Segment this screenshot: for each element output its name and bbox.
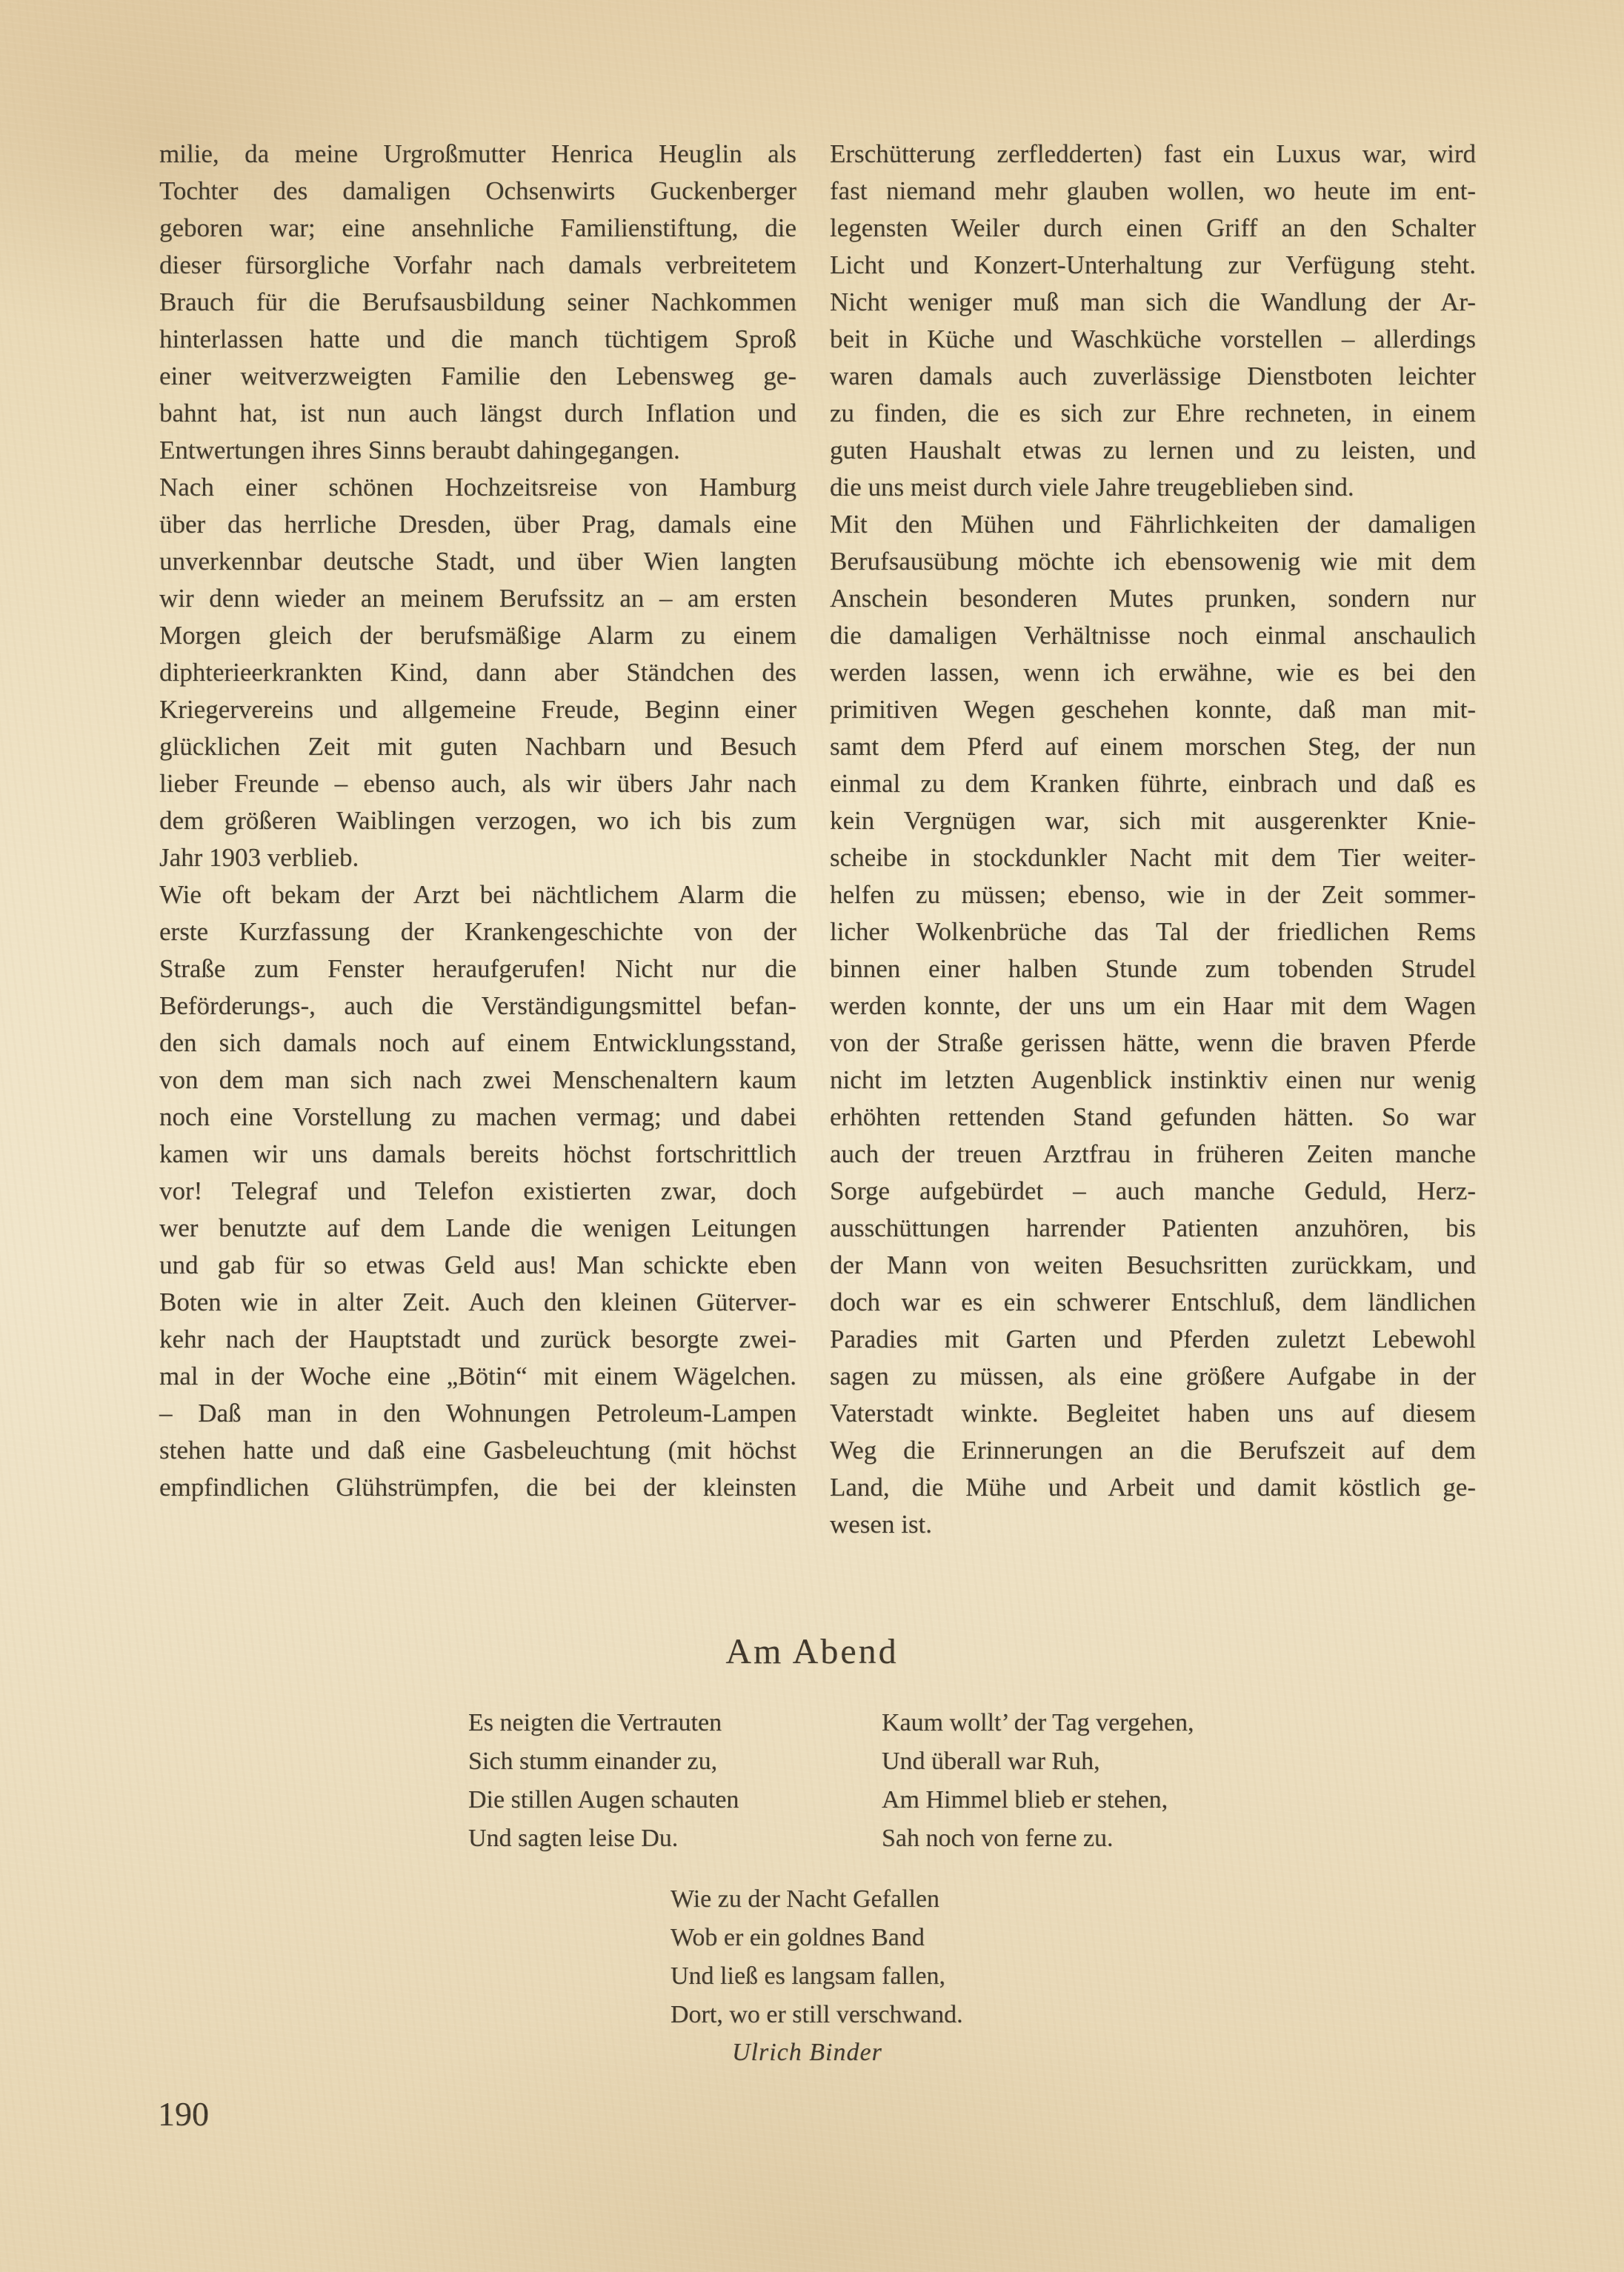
text-line: lieber Freunde – ebenso auch, als wir üb… (159, 765, 796, 802)
text-column-left: milie, da meine Urgroßmutter Henrica Heu… (159, 136, 796, 1506)
text-line: geboren war; eine ansehnliche Familienst… (159, 210, 796, 247)
text-line: zu finden, die es sich zur Ehre rechnete… (830, 395, 1476, 432)
text-line: Entwertungen ihres Sinns beraubt dahinge… (159, 432, 796, 469)
text-line: – Daß man in den Wohnungen Petroleum-Lam… (159, 1395, 796, 1432)
text-line: bahnt hat, ist nun auch längst durch Inf… (159, 395, 796, 432)
text-line: Straße zum Fenster heraufgerufen! Nicht … (159, 950, 796, 987)
text-line: sagen zu müssen, als eine größere Aufgab… (830, 1358, 1476, 1395)
text-line: Jahr 1903 verblieb. (159, 839, 796, 876)
text-line: Wie oft bekam der Arzt bei nächtlichem A… (159, 876, 796, 913)
poem-line: Und ließ es langsam fallen, (670, 1957, 963, 1996)
text-line: erste Kurzfassung der Krankengeschichte … (159, 913, 796, 950)
poem-line: Wob er ein goldnes Band (670, 1919, 963, 1957)
text-line: und gab für so etwas Geld aus! Man schic… (159, 1247, 796, 1284)
text-line: Erschütterung zerfledderten) fast ein Lu… (830, 136, 1476, 173)
text-line: Kriegervereins und allgemeine Freude, Be… (159, 691, 796, 728)
text-line: wir denn wieder an meinem Berufssitz an … (159, 580, 796, 617)
text-line: kamen wir uns damals bereits höchst fort… (159, 1136, 796, 1173)
text-line: Licht und Konzert-Unterhaltung zur Verfü… (830, 247, 1476, 284)
poem-stanza-center: Wie zu der Nacht GefallenWob er ein gold… (670, 1880, 963, 2034)
poem-author: Ulrich Binder (732, 2039, 882, 2067)
text-line: Sorge aufgebürdet – auch manche Geduld, … (830, 1173, 1476, 1210)
poem-line: Kaum wollt’ der Tag vergehen, (882, 1704, 1194, 1742)
text-line: Boten wie in alter Zeit. Auch den kleine… (159, 1284, 796, 1321)
poem-stanza-right: Kaum wollt’ der Tag vergehen,Und überall… (882, 1704, 1194, 1858)
text-line: über das herrliche Dresden, über Prag, d… (159, 506, 796, 543)
text-line: erhöhten rettenden Stand gefunden hätten… (830, 1099, 1476, 1136)
text-line: Berufsausübung möchte ich ebensowenig wi… (830, 543, 1476, 580)
text-line: von dem man sich nach zwei Menschenalter… (159, 1062, 796, 1099)
text-line: wesen ist. (830, 1506, 1476, 1543)
text-line: von der Straße gerissen hätte, wenn die … (830, 1025, 1476, 1062)
text-line: nicht im letzten Augenblick instinktiv e… (830, 1062, 1476, 1099)
text-line: samt dem Pferd auf einem morschen Steg, … (830, 728, 1476, 765)
text-line: glücklichen Zeit mit guten Nachbarn und … (159, 728, 796, 765)
text-line: dieser fürsorgliche Vorfahr nach damals … (159, 247, 796, 284)
poem-line: Und sagten leise Du. (468, 1819, 739, 1858)
text-line: diphterieerkrankten Kind, dann aber Stän… (159, 654, 796, 691)
poem-stanza-left: Es neigten die VertrautenSich stumm eina… (468, 1704, 739, 1858)
text-line: helfen zu müssen; ebenso, wie in der Zei… (830, 876, 1476, 913)
text-line: licher Wolkenbrüche das Tal der friedlic… (830, 913, 1476, 950)
text-line: Brauch für die Berufsausbildung seiner N… (159, 284, 796, 321)
text-line: dem größeren Waiblingen verzogen, wo ich… (159, 802, 796, 839)
text-line: beit in Küche und Waschküche vorstellen … (830, 321, 1476, 358)
poem-line: Sah noch von ferne zu. (882, 1819, 1194, 1858)
text-line: primitiven Wegen geschehen konnte, daß m… (830, 691, 1476, 728)
text-line: wer benutzte auf dem Lande die wenigen L… (159, 1210, 796, 1247)
text-line: scheibe in stockdunkler Nacht mit dem Ti… (830, 839, 1476, 876)
text-line: unverkennbar deutsche Stadt, und über Wi… (159, 543, 796, 580)
poem-line: Es neigten die Vertrauten (468, 1704, 739, 1742)
text-line: mal in der Woche eine „Bötin“ mit einem … (159, 1358, 796, 1395)
poem-line: Wie zu der Nacht Gefallen (670, 1880, 963, 1919)
text-line: die damaligen Verhältnisse noch einmal a… (830, 617, 1476, 654)
text-line: guten Haushalt etwas zu lernen und zu le… (830, 432, 1476, 469)
text-line: werden lassen, wenn ich erwähne, wie es … (830, 654, 1476, 691)
text-line: einmal zu dem Kranken führte, einbrach u… (830, 765, 1476, 802)
text-line: auch der treuen Arztfrau in früheren Zei… (830, 1136, 1476, 1173)
text-line: Paradies mit Garten und Pferden zuletzt … (830, 1321, 1476, 1358)
text-line: Nicht weniger muß man sich die Wandlung … (830, 284, 1476, 321)
text-line: Nach einer schönen Hochzeitsreise von Ha… (159, 469, 796, 506)
text-line: kehr nach der Hauptstadt und zurück beso… (159, 1321, 796, 1358)
text-line: vor! Telegraf und Telefon existierten zw… (159, 1173, 796, 1210)
text-column-right: Erschütterung zerfledderten) fast ein Lu… (830, 136, 1476, 1543)
poem-line: Dort, wo er still verschwand. (670, 1996, 963, 2034)
text-line: fast niemand mehr glauben wollen, wo heu… (830, 173, 1476, 210)
text-line: Anschein besonderen Mutes prunken, sonde… (830, 580, 1476, 617)
poem-line: Die stillen Augen schauten (468, 1781, 739, 1819)
text-line: waren damals auch zuverlässige Dienstbot… (830, 358, 1476, 395)
poem-line: Am Himmel blieb er stehen, (882, 1781, 1194, 1819)
text-line: der Mann von weiten Besuchsritten zurück… (830, 1247, 1476, 1284)
page-number: 190 (158, 2093, 209, 2135)
text-line: stehen hatte und daß eine Gasbeleuchtung… (159, 1432, 796, 1469)
text-line: die uns meist durch viele Jahre treugebl… (830, 469, 1476, 506)
text-line: kein Vergnügen war, sich mit ausgerenkte… (830, 802, 1476, 839)
poem-line: Sich stumm einander zu, (468, 1742, 739, 1781)
text-line: legensten Weiler durch einen Griff an de… (830, 210, 1476, 247)
text-line: hinterlassen hatte und die manch tüchtig… (159, 321, 796, 358)
text-line: Vaterstadt winkte. Begleitet haben uns a… (830, 1395, 1476, 1432)
poem-line: Und überall war Ruh, (882, 1742, 1194, 1781)
text-line: Beförderungs-, auch die Verständigungsmi… (159, 987, 796, 1025)
text-line: milie, da meine Urgroßmutter Henrica Heu… (159, 136, 796, 173)
text-line: Mit den Mühen und Fährlichkeiten der dam… (830, 506, 1476, 543)
text-line: Morgen gleich der berufsmäßige Alarm zu … (159, 617, 796, 654)
text-line: empfindlichen Glühstrümpfen, die bei der… (159, 1469, 796, 1506)
text-line: Land, die Mühe und Arbeit und damit köst… (830, 1469, 1476, 1506)
text-line: den sich damals noch auf einem Entwicklu… (159, 1025, 796, 1062)
text-line: einer weitverzweigten Familie den Lebens… (159, 358, 796, 395)
text-line: noch eine Vorstellung zu machen vermag; … (159, 1099, 796, 1136)
text-line: Tochter des damaligen Ochsenwirts Gucken… (159, 173, 796, 210)
text-line: ausschüttungen harrender Patienten anzuh… (830, 1210, 1476, 1247)
text-line: binnen einer halben Stunde zum tobenden … (830, 950, 1476, 987)
text-line: Weg die Erinnerungen an die Berufszeit a… (830, 1432, 1476, 1469)
text-line: doch war es ein schwerer Entschluß, dem … (830, 1284, 1476, 1321)
text-line: werden konnte, der uns um ein Haar mit d… (830, 987, 1476, 1025)
poem-title: Am Abend (0, 1630, 1624, 1674)
book-page: milie, da meine Urgroßmutter Henrica Heu… (0, 0, 1624, 2272)
